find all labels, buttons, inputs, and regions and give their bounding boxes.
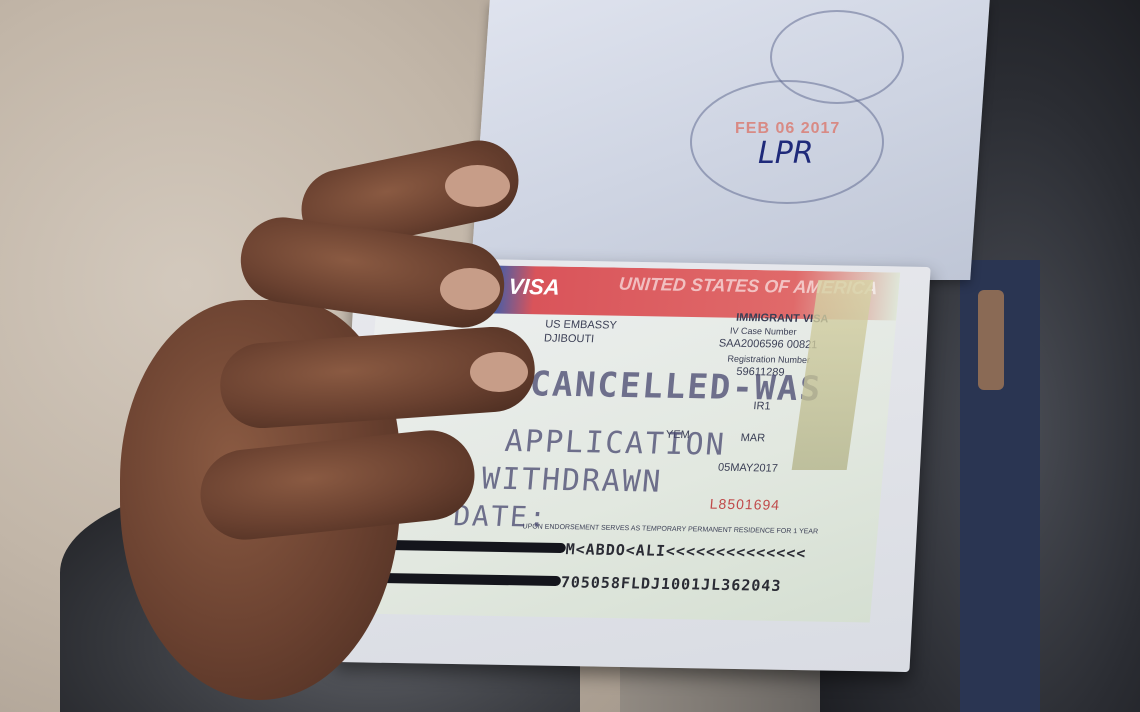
fingernail [445, 165, 510, 207]
visa-annotation: UPON ENDORSEMENT SERVES AS TEMPORARY PER… [522, 523, 818, 535]
sex-marital: MAR [740, 432, 766, 444]
control-number: L8501694 [709, 496, 781, 513]
case-number-label: IV Case Number [730, 326, 797, 337]
cancel-stamp-line4: DATE: [452, 499, 549, 534]
case-number: SAA2006596 00821 [718, 337, 818, 351]
visa-type-label: VISA [507, 274, 561, 301]
jacket-zipper [978, 290, 1004, 390]
handwritten-note: LPR [758, 136, 814, 171]
redaction-bar [362, 573, 561, 586]
mrz-line2: 705058FLDJ1001JL362043 [560, 573, 782, 595]
fingernail [470, 352, 528, 392]
registration-label: Registration Number [727, 354, 810, 365]
cancel-stamp-line3: WITHDRAWN [480, 462, 664, 500]
mrz-line1: M<ABDO<ALI<<<<<<<<<<<<<< [565, 540, 807, 562]
fingernail [440, 268, 500, 310]
expiration-date: 05MAY2017 [717, 462, 778, 475]
cancel-stamp-line1: CANCELLED-WAS [528, 364, 824, 409]
redaction-bar [375, 540, 566, 553]
issuing-post-line2: DJIBOUTI [543, 332, 594, 345]
issuing-post-line1: US EMBASSY [545, 318, 618, 331]
cancel-stamp-line2: APPLICATION [503, 424, 727, 463]
